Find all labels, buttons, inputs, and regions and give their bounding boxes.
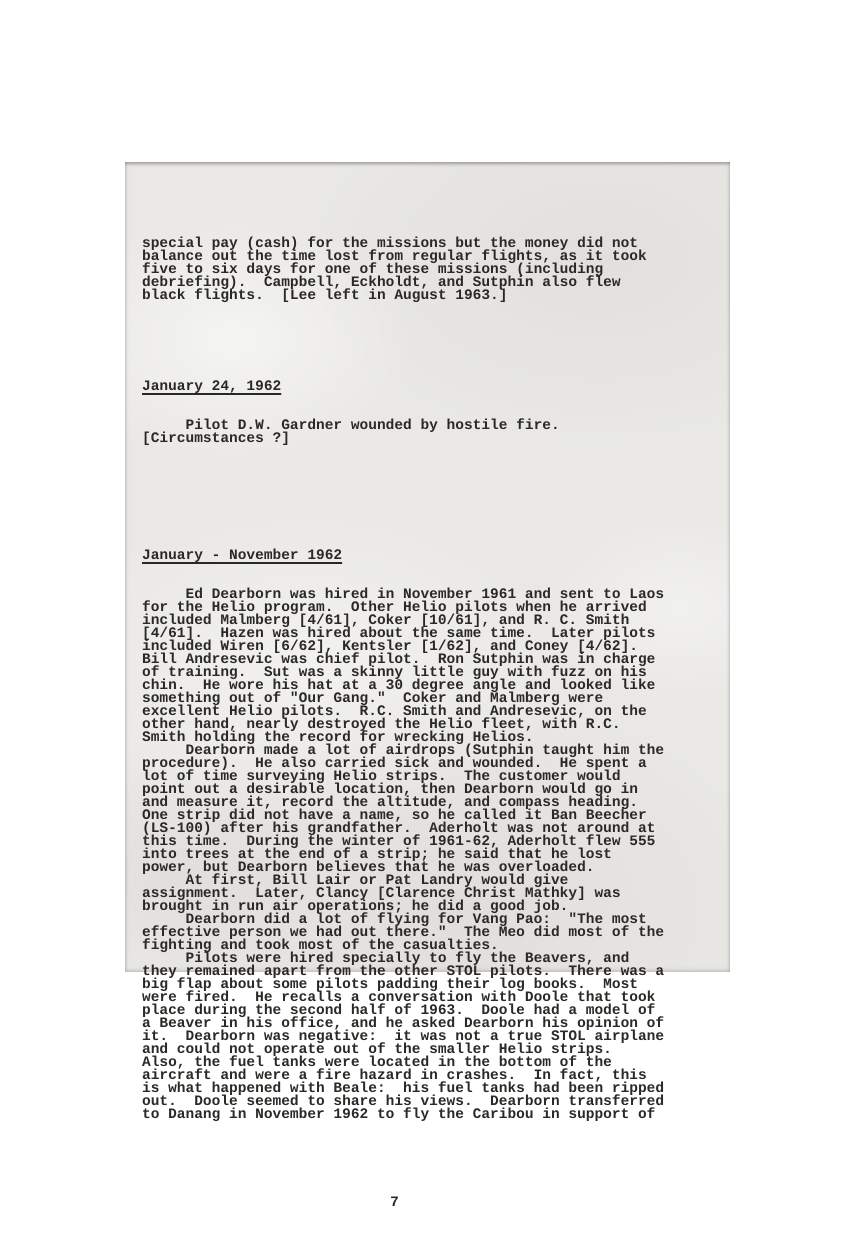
typewritten-text-block: special pay (cash) for the missions but … — [142, 212, 702, 1236]
entry-january-24-1962: January 24, 1962 Pilot D.W. Gardner woun… — [142, 355, 702, 472]
scanned-document-page: special pay (cash) for the missions but … — [125, 162, 730, 972]
entry-heading-january-november-1962: January - November 1962 — [142, 550, 702, 563]
page-background: special pay (cash) for the missions but … — [0, 0, 856, 1250]
entry-heading-january-24-1962: January 24, 1962 — [142, 381, 702, 394]
page-number: 7 — [142, 1197, 647, 1210]
entry-body-january-24-1962: Pilot D.W. Gardner wounded by hostile fi… — [142, 420, 702, 446]
entry-body-january-november-1962: Ed Dearborn was hired in November 1961 a… — [142, 589, 702, 1122]
entry-january-november-1962: January - November 1962 Ed Dearborn was … — [142, 524, 702, 1148]
continued-paragraph: special pay (cash) for the missions but … — [142, 238, 702, 303]
